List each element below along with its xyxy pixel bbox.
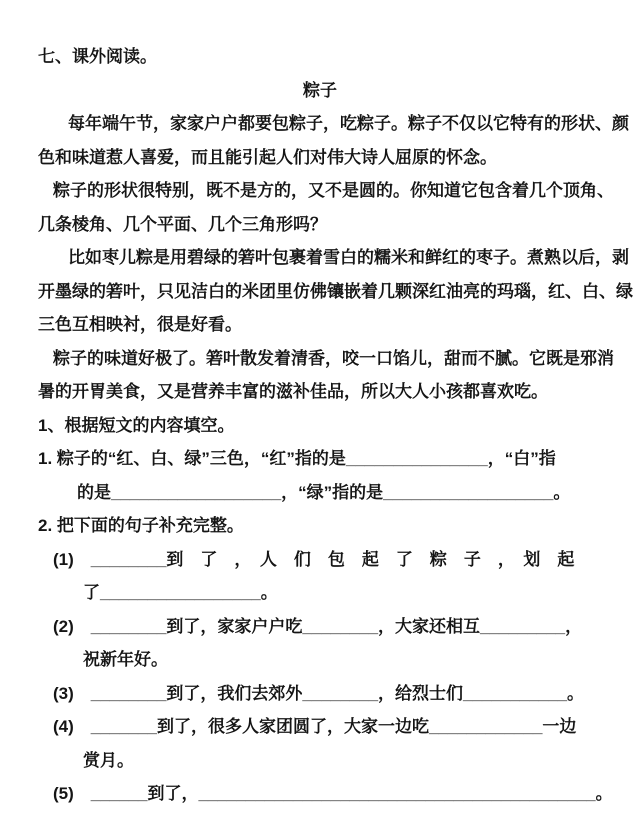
text-line: 暑的开胃美食，又是营养丰富的滋补佳品，所以大人小孩都喜欢吃。 [38, 375, 602, 409]
question-2-body: (1) ________到 了 ， 人 们 包 起 了 粽 子 ， 划 起了__… [38, 543, 602, 811]
text-line: 祝新年好。 [38, 643, 602, 677]
worksheet-page: 七、课外阅读。 粽子 每年端午节，家家户户都要包粽子，吃粽子。粽子不仅以它特有的… [0, 0, 640, 811]
text-line: (4) _______到了，很多人家团圆了，大家一边吃____________一… [38, 710, 602, 744]
question-1-heading: 1、根据短文的内容填空。 [38, 409, 602, 443]
text-line: 色和味道惹人喜爱，而且能引起人们对伟大诗人屈原的怀念。 [38, 141, 602, 175]
text-line: 几条棱角、几个平面、几个三角形吗？ [38, 208, 602, 242]
text-line: 1. 粽子的“红、白、绿”三色，“红”指的是_______________，“白… [38, 442, 602, 476]
question-1-body: 1. 粽子的“红、白、绿”三色，“红”指的是_______________，“白… [38, 442, 602, 509]
text-line: 开墨绿的箬叶，只见洁白的米团里仿佛镶嵌着几颗深红油亮的玛瑙，红、白、绿 [38, 275, 602, 309]
text-line: 比如枣儿粽是用碧绿的箬叶包裹着雪白的糯米和鲜红的枣子。煮熟以后，剥 [38, 241, 602, 275]
text-line: 的是__________________，“绿”指的是_____________… [38, 476, 602, 510]
text-line: 粽子的形状很特别，既不是方的，又不是圆的。你知道它包含着几个顶角、 [38, 174, 602, 208]
text-line: 赏月。 [38, 744, 602, 778]
text-line: (2) ________到了，家家户户吃________，大家还相互______… [38, 610, 602, 644]
passage-title: 粽子 [38, 74, 602, 108]
question-2-heading: 2. 把下面的句子补充完整。 [38, 509, 602, 543]
text-line: (3) ________到了，我们去郊外________，给烈士们_______… [38, 677, 602, 711]
text-line: 粽子的味道好极了。箬叶散发着清香，咬一口馅儿，甜而不腻。它既是邪消 [38, 342, 602, 376]
text-line: 每年端午节，家家户户都要包粽子，吃粽子。粽子不仅以它特有的形状、颜 [38, 107, 602, 141]
text-line: 了_________________。 [38, 576, 602, 610]
passage-body: 每年端午节，家家户户都要包粽子，吃粽子。粽子不仅以它特有的形状、颜色和味道惹人喜… [38, 107, 602, 409]
text-line: (1) ________到 了 ， 人 们 包 起 了 粽 子 ， 划 起 [38, 543, 602, 577]
text-line: 三色互相映衬，很是好看。 [38, 308, 602, 342]
section-heading: 七、课外阅读。 [38, 40, 602, 74]
text-line: (5) ______到了，___________________________… [38, 777, 602, 811]
